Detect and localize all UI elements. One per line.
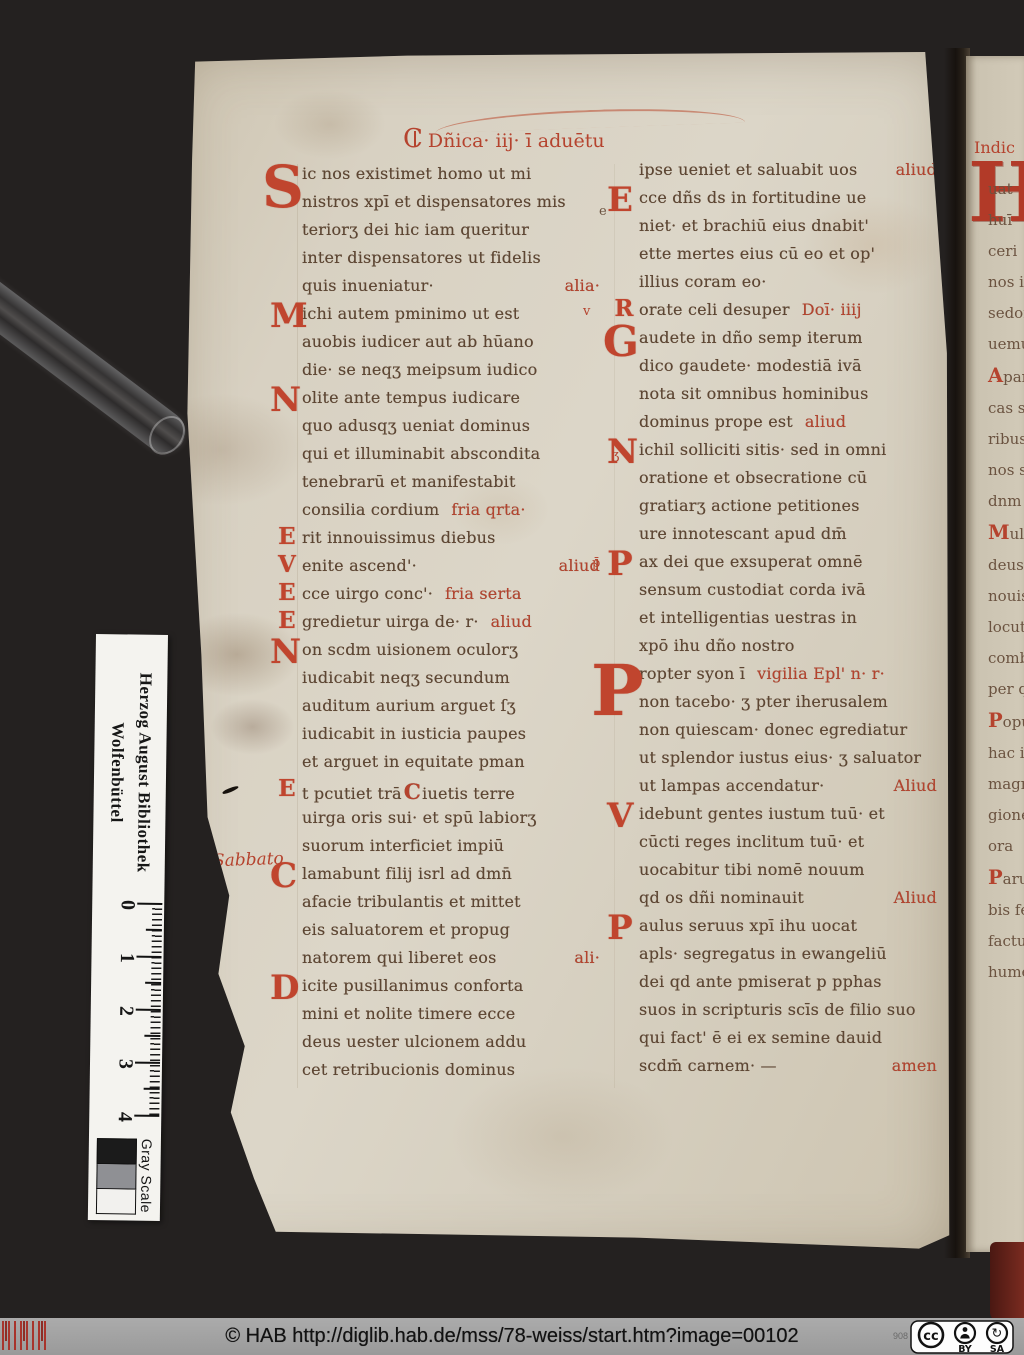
margin-mark: e xyxy=(599,204,607,219)
line-text: suos in scripturis scīs de filio suo xyxy=(639,1000,916,1019)
ruler-half-tick xyxy=(144,1035,160,1037)
text-fragment: Aparuit xyxy=(988,360,1024,393)
text-fragment: hume xyxy=(988,957,1024,988)
grayscale-swatches xyxy=(96,1138,137,1215)
text-fragment: nos imp xyxy=(988,267,1024,298)
swatch-white xyxy=(96,1189,136,1215)
manuscript-line: Non scdm uisionem oculorʒ xyxy=(302,640,614,668)
manuscript-line: Venite ascend'·aliud xyxy=(302,556,614,584)
ruler-major-tick xyxy=(136,1009,161,1011)
manuscript-line: dico gaudete· modestiā ivā xyxy=(639,356,951,384)
ruler-major-tick xyxy=(137,903,162,905)
manuscript-line: suos in scripturis scīs de filio suo xyxy=(639,1000,951,1028)
line-text: ax dei que exsuperat omnē xyxy=(639,552,863,571)
rubric-text: Aliud xyxy=(894,888,951,907)
adjacent-page: Indic H uathuīcerinos impsedonauemusApar… xyxy=(966,56,1024,1252)
rubricated-initial: P xyxy=(607,547,633,581)
manuscript-line: Erit innouissimus diebus xyxy=(302,528,614,556)
footer-bar: © HAB http://diglib.hab.de/mss/78-weiss/… xyxy=(0,1318,1024,1355)
ruler-half-tick xyxy=(145,982,161,984)
line-text: cūcti reges inclitum tuū· et xyxy=(639,832,864,851)
glass-rod-weight xyxy=(0,252,194,461)
margin-mark: p̄ xyxy=(592,556,600,571)
manuscript-line: auditum aurium arguet ſʒ xyxy=(302,696,614,724)
text-fragment: Paruu xyxy=(988,862,1024,895)
line-text: natorem qui liberet eos xyxy=(302,948,497,967)
text-fragment: locutus xyxy=(988,612,1024,643)
grayscale-label: Gray Scale xyxy=(138,1139,155,1217)
rubric-text: ali· xyxy=(574,948,614,967)
line-text: non quiescam· donec egrediatur xyxy=(639,720,907,739)
rubric-text: amen xyxy=(892,1056,951,1075)
line-text: eis saluatorem et propug xyxy=(302,920,510,939)
line-text: gredietur uirga de· r· xyxy=(302,612,479,631)
text-fragment: per qu xyxy=(988,674,1024,705)
margin-mark: v xyxy=(583,304,590,319)
line-text: gratiarʒ actione petitiones xyxy=(639,496,860,515)
swatch-gray xyxy=(96,1164,136,1190)
rubricated-initial: E xyxy=(274,581,300,604)
text-fragment: nouiss xyxy=(988,581,1024,612)
manuscript-line: ure innotescant apud dm̄ xyxy=(639,524,951,552)
text-fragment: sedona xyxy=(988,298,1024,329)
manuscript-line: ipse ueniet et saluabit uosaliud xyxy=(639,160,951,188)
manuscript-line: oratione et obsecratione cū xyxy=(639,468,951,496)
manuscript-line: iudicabit in iusticia paupes xyxy=(302,724,614,752)
text-fragment: nos sed xyxy=(988,455,1024,486)
manuscript-line: die· se neqʒ meipsum iudico xyxy=(302,360,614,388)
manuscript-line: cet retribucionis dominus xyxy=(302,1060,614,1088)
ruler-half-tick xyxy=(144,1088,160,1090)
rubric-text: aliud xyxy=(896,160,951,179)
manuscript-line: qui fact' ē ei ex semine dauid xyxy=(639,1028,951,1056)
rubricated-initial: N xyxy=(270,635,296,669)
manuscript-line: mini et nolite timere ecce xyxy=(302,1004,614,1032)
text-fragment: Populu xyxy=(988,705,1024,738)
rubric-text: fria serta xyxy=(445,584,522,603)
line-text: ic nos existimet homo ut mi xyxy=(302,164,531,183)
rubric-text: vigilia Epl' n· r· xyxy=(757,664,885,683)
line-text: consilia cordium xyxy=(302,500,439,519)
manuscript-line: afacie tribulantis et mittet xyxy=(302,892,614,920)
page-heading: Dñica· iij· ī aduētu xyxy=(428,130,605,152)
adjacent-page-fragments: uathuīcerinos impsedonauemusAparuitcas s… xyxy=(988,174,1024,988)
text-fragment: magn xyxy=(988,769,1024,800)
library-name-line2: Wolfenbüttel xyxy=(102,646,133,898)
text-fragment: factu xyxy=(988,926,1024,957)
paragraph-mark-icon: C xyxy=(403,126,423,152)
ink-mark xyxy=(222,785,239,795)
manuscript-line: nistros xpī et dispensatores mis xyxy=(302,192,614,220)
manuscript-line: qd os dñi nominauitAliud xyxy=(639,888,951,916)
manuscript-line: Gaudete in dño semp iterum xyxy=(639,328,951,356)
manuscript-line: Sic nos existimet homo ut mi xyxy=(302,164,614,192)
manuscript-line: iudicabit neqʒ secundum xyxy=(302,668,614,696)
text-fragment: dnm sa xyxy=(988,486,1024,517)
library-label: Herzog August Bibliothek Wolfenbüttel 01… xyxy=(88,634,168,1221)
ruler-major-tick xyxy=(136,956,161,958)
rubric-heading-row: C Dñica· iij· ī aduētu xyxy=(403,126,605,152)
line-text: qd os dñi nominauit xyxy=(639,888,804,907)
line-text: auditum aurium arguet ſʒ xyxy=(302,696,516,715)
line-text: suorum interficiet impiū xyxy=(302,836,504,855)
line-text: scdm̄ carnem· — xyxy=(639,1056,777,1075)
photo-stage: C Dñica· iij· ī aduētu Sic nos existimet… xyxy=(0,0,1024,1355)
line-text: aulus seruus xpī ihu uocat xyxy=(639,916,857,935)
text-fragment: deus lo xyxy=(988,550,1024,581)
manuscript-line: suorum interficiet impiū xyxy=(302,836,614,864)
rubric-text: Doī· iiij xyxy=(802,300,862,319)
manuscript-line: sensum custodiat corda ivā xyxy=(639,580,951,608)
line-text: olite ante tempus iudicare xyxy=(302,388,520,407)
cc-by-label: BY xyxy=(958,1344,972,1354)
manuscript-line: Michi autem pminimo ut est xyxy=(302,304,614,332)
line-text: dico gaudete· modestiā ivā xyxy=(639,356,862,375)
line-text: qui et illuminabit abscondita xyxy=(302,444,540,463)
ruler-half-tick xyxy=(146,929,162,931)
manuscript-line: ette mertes eius cū eo et op' xyxy=(639,244,951,272)
rubric-text: C xyxy=(404,780,421,805)
ruler-scale: 01234 xyxy=(89,902,164,1131)
line-text: cce uirgo conc'· xyxy=(302,584,433,603)
rubric-text: alia· xyxy=(565,276,614,295)
manuscript-line: scdm̄ carnem· —amen xyxy=(639,1056,951,1084)
line-text: oratione et obsecratione cū xyxy=(639,468,867,487)
line-text: iudicabit neqʒ secundum xyxy=(302,668,510,687)
line-text: xpō ihu dño nostro xyxy=(639,636,795,655)
library-name-line1: Herzog August Bibliothek xyxy=(129,647,160,899)
ruler-number: 3 xyxy=(113,1059,136,1069)
manuscript-line: niet· et brachiū eius dnabit' xyxy=(639,216,951,244)
cc-letters: cc xyxy=(923,1329,938,1344)
line-text: ure innotescant apud dm̄ xyxy=(639,524,847,543)
manuscript-line: ut lampas accendatur·Aliud xyxy=(639,776,951,804)
text-fragment: ceri xyxy=(988,236,1024,267)
line-text: et intelligentias uestras in xyxy=(639,608,857,627)
line-text: orate celi desuper xyxy=(639,300,790,319)
line-text: mini et nolite timere ecce xyxy=(302,1004,515,1023)
manuscript-line: et intelligentias uestras in xyxy=(639,608,951,636)
rubric-text: fria qrta· xyxy=(451,500,525,519)
line-text: iuetis terre xyxy=(422,784,515,803)
cc-sa-arrow-icon: ↻ xyxy=(992,1327,1003,1342)
grayscale-calibration: Gray Scale xyxy=(96,1138,157,1217)
line-text: icite pusillanimus conforta xyxy=(302,976,524,995)
line-text: cet retribucionis dominus xyxy=(302,1060,515,1079)
person-head xyxy=(963,1327,968,1332)
text-fragment: ribus u xyxy=(988,424,1024,455)
rubricated-initial: N xyxy=(270,383,296,417)
rubric-text: aliud xyxy=(559,556,614,575)
manuscript-line: Rorate celi desuperDoī· iiij xyxy=(639,300,951,328)
manuscript-line: qui et illuminabit abscondita xyxy=(302,444,614,472)
swatch-black xyxy=(97,1138,137,1165)
ruler-number: 1 xyxy=(115,953,138,963)
rubricated-initial: V xyxy=(607,799,633,833)
line-text: enite ascend'· xyxy=(302,556,417,575)
manuscript-line: cūcti reges inclitum tuū· et xyxy=(639,832,951,860)
manuscript-line: dei qd ante pmiserat p pphas xyxy=(639,972,951,1000)
line-text: dominus prope est xyxy=(639,412,793,431)
line-text: et arguet in equitate pman xyxy=(302,752,525,771)
line-text: ette mertes eius cū eo et op' xyxy=(639,244,875,263)
left-text-column: Sic nos existimet homo ut ministros xpī … xyxy=(297,164,615,1088)
line-text: t pcutiet trā xyxy=(302,784,402,803)
text-fragment: uemus xyxy=(988,329,1024,360)
line-text: nistros xpī et dispensatores mis xyxy=(302,192,566,211)
manuscript-line: quo adusqʒ ueniat dominus xyxy=(302,416,614,444)
manuscript-line: nota sit omnibus hominibus xyxy=(639,384,951,412)
ruler-major-tick xyxy=(134,1115,159,1117)
manuscript-line: Pax dei que exsuperat omnē xyxy=(639,552,951,580)
text-fragment: Multifar xyxy=(988,517,1024,550)
rubricated-initial: E xyxy=(274,525,300,548)
manuscript-page: C Dñica· iij· ī aduētu Sic nos existimet… xyxy=(175,52,950,1257)
line-text: inter dispensatores ut fidelis xyxy=(302,248,541,267)
rubric-text: aliud xyxy=(805,412,846,431)
line-text: niet· et brachiū eius dnabit' xyxy=(639,216,869,235)
rubricated-initial: P xyxy=(591,656,617,726)
manuscript-line: quis inueniatur·alia· xyxy=(302,276,614,304)
line-text: die· se neqʒ meipsum iudico xyxy=(302,360,537,379)
manuscript-line: tenebrarū et manifestabit xyxy=(302,472,614,500)
manuscript-line: Ecce dñs ds in fortitudine ue xyxy=(639,188,951,216)
line-text: apls· segregatus in ewangeliū xyxy=(639,944,887,963)
cc-sa-label: SA xyxy=(990,1344,1005,1354)
text-fragment: hac in xyxy=(988,738,1024,769)
book-cover-edge xyxy=(990,1242,1024,1322)
manuscript-line: xpō ihu dño nostro xyxy=(639,636,951,664)
line-text: afacie tribulantis et mittet xyxy=(302,892,521,911)
margin-mark: ʒ xyxy=(612,448,619,463)
line-text: lamabunt filij isrl ad dmn̄ xyxy=(302,864,512,883)
manuscript-line: Egredietur uirga de· r·aliud xyxy=(302,612,614,640)
manuscript-line: illius coram eo· xyxy=(639,272,951,300)
scan-marker: 908 xyxy=(893,1331,908,1341)
line-text: ut lampas accendatur· xyxy=(639,776,824,795)
line-text: qui fact' ē ei ex semine dauid xyxy=(639,1028,882,1047)
manuscript-line: ut splendor iustus eius· ʒ saluator xyxy=(639,748,951,776)
manuscript-line: Propter syon īvigilia Epl' n· r· xyxy=(639,664,951,692)
rubricated-initial: M xyxy=(270,299,296,333)
line-text: ichil solliciti sitis· sed in omni xyxy=(639,440,886,459)
rubricated-initial: E xyxy=(607,183,633,217)
rubricated-initial: G xyxy=(603,321,629,363)
manuscript-line: et arguet in equitate pman xyxy=(302,752,614,780)
manuscript-line: natorem qui liberet eosali· xyxy=(302,948,614,976)
line-text: ropter syon ī xyxy=(639,664,745,683)
manuscript-line: uocabitur tibi nomē nouum xyxy=(639,860,951,888)
manuscript-line: Dicite pusillanimus conforta xyxy=(302,976,614,1004)
manuscript-line: gratiarʒ actione petitiones xyxy=(639,496,951,524)
text-fragment: ora xyxy=(988,831,1024,862)
line-text: dei qd ante pmiserat p pphas xyxy=(639,972,882,991)
line-text: ipse ueniet et saluabit uos xyxy=(639,160,857,179)
manuscript-line: Clamabunt filij isrl ad dmn̄ xyxy=(302,864,614,892)
copyright-url-text: © HAB http://diglib.hab.de/mss/78-weiss/… xyxy=(0,1325,1024,1348)
ruler-major-tick xyxy=(135,1062,160,1064)
manuscript-line: dominus prope estaliud xyxy=(639,412,951,440)
text-fragment: uat xyxy=(988,174,1024,205)
line-text: uocabitur tibi nomē nouum xyxy=(639,860,865,879)
cc-license-badge[interactable]: cc BY ↻ SA xyxy=(910,1320,1014,1355)
manuscript-line: consilia cordiumfria qrta· xyxy=(302,500,614,528)
manuscript-line: Nolite ante tempus iudicare xyxy=(302,388,614,416)
rubricated-initial: E xyxy=(274,609,300,632)
line-text: cce dñs ds in fortitudine ue xyxy=(639,188,866,207)
text-fragment: gione xyxy=(988,800,1024,831)
manuscript-line: eis saluatorem et propug xyxy=(302,920,614,948)
manuscript-line: deus uester ulcionem addu xyxy=(302,1032,614,1060)
manuscript-line: teriorʒ dei hic iam queritur xyxy=(302,220,614,248)
manuscript-line: inter dispensatores ut fidelis xyxy=(302,248,614,276)
manuscript-line: apls· segregatus in ewangeliū xyxy=(639,944,951,972)
margin-note-sabbato: Sabbato xyxy=(213,849,284,871)
line-text: quis inueniatur· xyxy=(302,276,434,295)
manuscript-line: Videbunt gentes iustum tuū· et xyxy=(639,804,951,832)
ruler-number: 0 xyxy=(116,900,139,910)
line-text: deus uester ulcionem addu xyxy=(302,1032,526,1051)
manuscript-line: uirga oris sui· et spū labiorʒ xyxy=(302,808,614,836)
line-text: idebunt gentes iustum tuū· et xyxy=(639,804,885,823)
rubricated-initial: P xyxy=(607,911,633,945)
rubricated-initial: V xyxy=(274,553,300,576)
ruler-number: 4 xyxy=(113,1112,136,1122)
manuscript-line: Nichil solliciti sitis· sed in omni xyxy=(639,440,951,468)
text-fragment: bis fe xyxy=(988,895,1024,926)
line-text: audete in dño semp iterum xyxy=(639,328,863,347)
rubric-text: aliud xyxy=(491,612,532,631)
rubricated-initial: N xyxy=(607,435,633,469)
text-fragment: combi xyxy=(988,643,1024,674)
manuscript-line: Ecce uirgo conc'·fria serta xyxy=(302,584,614,612)
library-label-text: Herzog August Bibliothek Wolfenbüttel xyxy=(92,646,168,899)
manuscript-line: auobis iudicer aut ab hūano xyxy=(302,332,614,360)
line-text: ichi autem pminimo ut est xyxy=(302,304,519,323)
manuscript-line: non quiescam· donec egrediatur xyxy=(639,720,951,748)
ruler-number: 2 xyxy=(114,1006,137,1016)
right-text-column: ipse ueniet et saluabit uosaliudEcce dñs… xyxy=(635,160,952,1084)
line-text: nota sit omnibus hominibus xyxy=(639,384,869,403)
manuscript-line: Paulus seruus xpī ihu uocat xyxy=(639,916,951,944)
line-text: rit innouissimus diebus xyxy=(302,528,496,547)
manuscript-line: non tacebo· ʒ pter iherusalem xyxy=(639,692,951,720)
rubricated-initial: E xyxy=(274,777,300,800)
line-text: illius coram eo· xyxy=(639,272,767,291)
rubricated-initial: S xyxy=(262,158,288,216)
line-text: on scdm uisionem oculorʒ xyxy=(302,640,518,659)
manuscript-line: Et pcutiet trā Ciuetis terre xyxy=(302,780,614,808)
line-text: sensum custodiat corda ivā xyxy=(639,580,866,599)
line-text: ut splendor iustus eius· ʒ saluator xyxy=(639,748,921,767)
line-text: teriorʒ dei hic iam queritur xyxy=(302,220,529,239)
line-text: auobis iudicer aut ab hūano xyxy=(302,332,534,351)
line-text: iudicabit in iusticia paupes xyxy=(302,724,526,743)
line-text: non tacebo· ʒ pter iherusalem xyxy=(639,692,888,711)
line-text: uirga oris sui· et spū labiorʒ xyxy=(302,808,537,827)
rubric-text: Aliud xyxy=(894,776,951,795)
rubricated-initial: D xyxy=(270,971,296,1005)
text-fragment: huī xyxy=(988,205,1024,236)
line-text: quo adusqʒ ueniat dominus xyxy=(302,416,530,435)
line-text: tenebrarū et manifestabit xyxy=(302,472,516,491)
text-fragment: cas salua xyxy=(988,393,1024,424)
